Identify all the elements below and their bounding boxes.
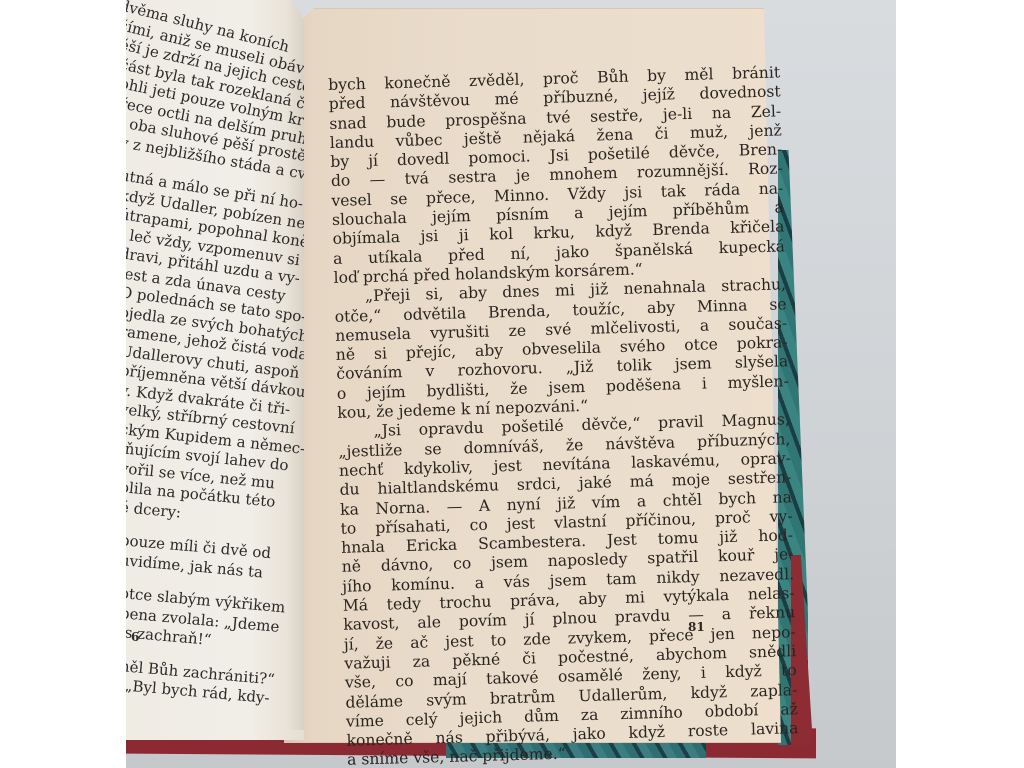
right-page-text: bych konečně zvěděl, proč Bůh by měl brá…	[328, 63, 807, 768]
left-page: dvěma sluhy na koníchšími, aniž se musel…	[126, 0, 304, 740]
book-photo: dvěma sluhy na koníchšími, aniž se musel…	[126, 0, 896, 768]
right-page-number: 81	[688, 620, 705, 634]
left-page-number: 6	[131, 630, 139, 644]
left-page-text: dvěma sluhy na koníchšími, aniž se musel…	[126, 0, 304, 696]
